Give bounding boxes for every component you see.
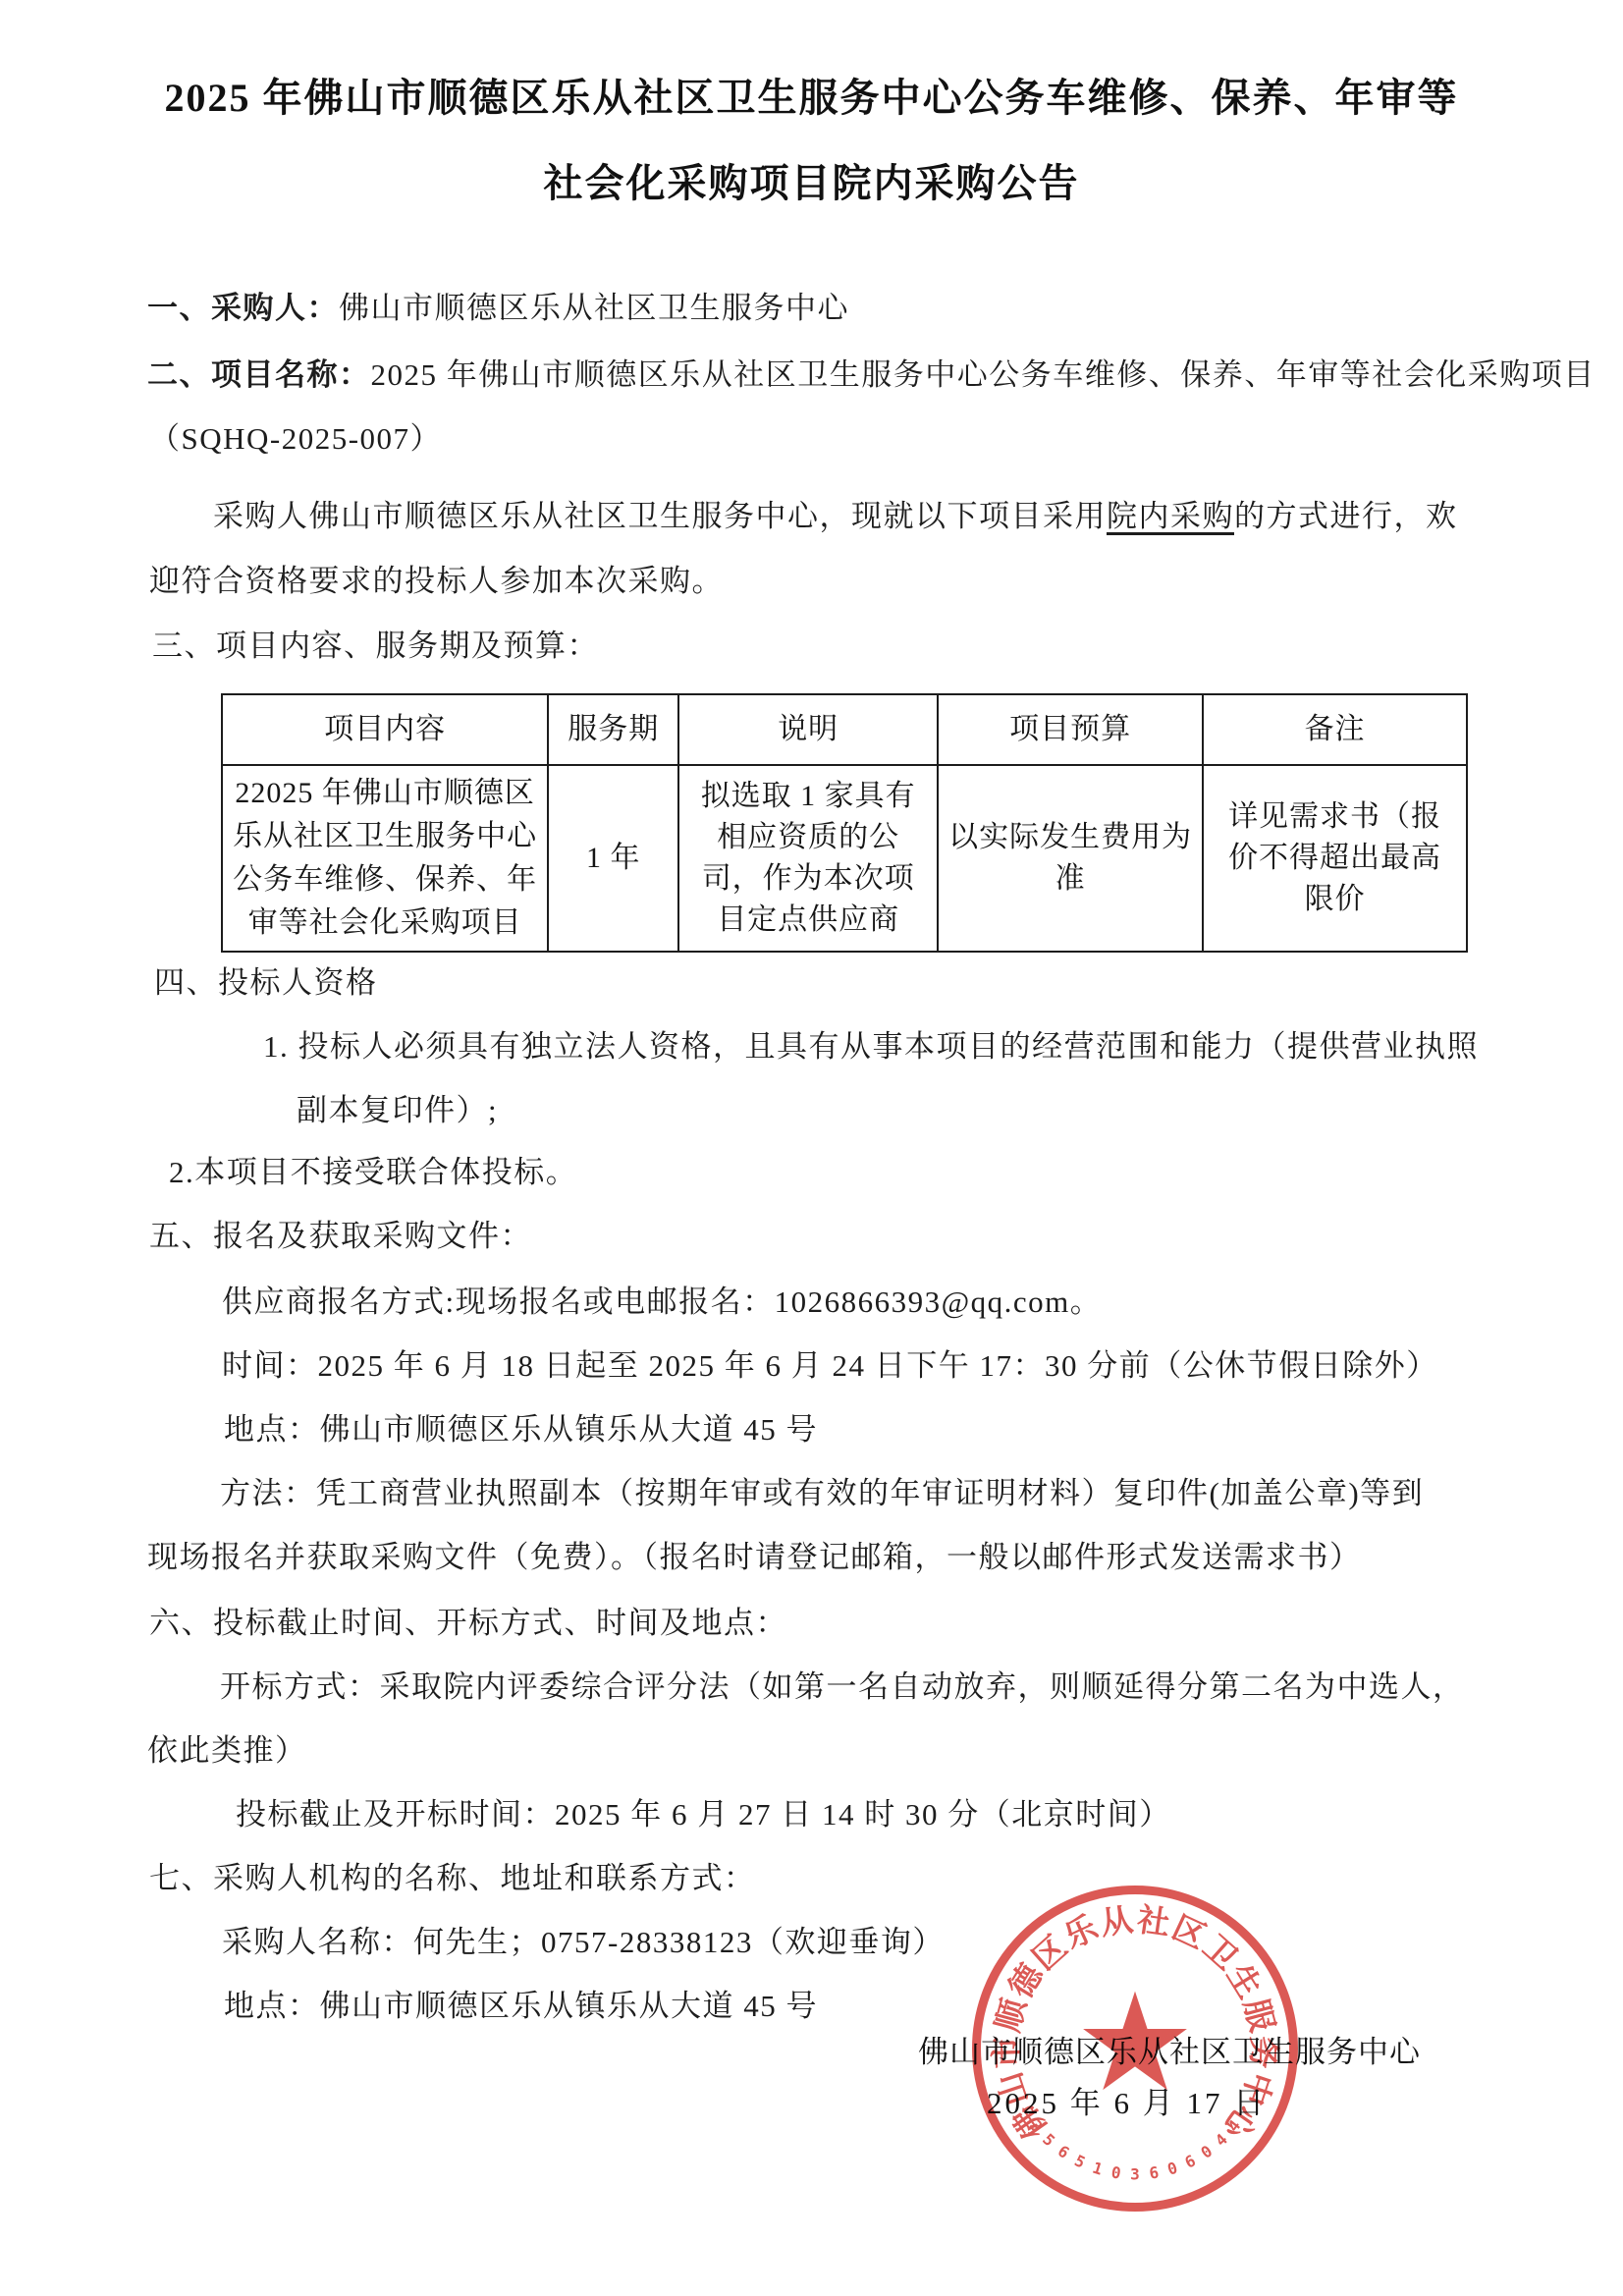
col-header-service-period: 服务期: [548, 694, 678, 765]
section-2-value: 2025 年佛山市顺德区乐从社区卫生服务中心公务车维修、保养、年审等社会化采购项…: [371, 357, 1596, 392]
intro-line-2: 迎符合资格要求的投标人参加本次采购。: [149, 556, 724, 600]
intro-line-1b: 的方式进行，欢: [1234, 499, 1458, 533]
title-line-1: 2025 年佛山市顺德区乐从社区卫生服务中心公务车维修、保养、年审等: [0, 67, 1623, 123]
section-6-line2: 依此类推）: [147, 1725, 307, 1770]
budget-table: 项目内容 服务期 说明 项目预算 备注 22025 年佛山市顺德区乐从社区卫生服…: [221, 693, 1468, 953]
section-2-label: 二、项目名称：: [147, 357, 371, 392]
col-header-description: 说明: [678, 694, 938, 765]
section-1-line: 一、采购人：佛山市顺德区乐从社区卫生服务中心: [147, 283, 849, 327]
table-row: 22025 年佛山市顺德区乐从社区卫生服务中心公务车维修、保养、年审等社会化采购…: [222, 765, 1467, 952]
section-6-line3: 投标截止及开标时间：2025 年 6 月 27 日 14 时 30 分（北京时间…: [236, 1789, 1171, 1833]
signature-date: 2025 年 6 月 17 日: [987, 2078, 1267, 2122]
col-header-remark: 备注: [1203, 694, 1467, 765]
intro-line-1: 采购人佛山市顺德区乐从社区卫生服务中心，现就以下项目采用院内采购的方式进行，欢: [213, 491, 1458, 535]
cell-project-content: 22025 年佛山市顺德区乐从社区卫生服务中心公务车维修、保养、年审等社会化采购…: [222, 765, 548, 952]
section-4-item1-line2: 副本复印件）;: [297, 1085, 498, 1129]
section-7-heading: 七、采购人机构的名称、地址和联系方式：: [149, 1853, 756, 1897]
intro-line-1a: 采购人佛山市顺德区乐从社区卫生服务中心，现就以下项目采用: [213, 499, 1107, 533]
title-line-2: 社会化采购项目院内采购公告: [0, 152, 1623, 208]
procurement-notice-page: 2025 年佛山市顺德区乐从社区卫生服务中心公务车维修、保养、年审等 社会化采购…: [0, 0, 1623, 2296]
section-2-line: 二、项目名称：2025 年佛山市顺德区乐从社区卫生服务中心公务车维修、保养、年审…: [147, 350, 1596, 394]
col-header-budget: 项目预算: [938, 694, 1203, 765]
table-header-row: 项目内容 服务期 说明 项目预算 备注: [222, 694, 1467, 765]
section-6-line1: 开标方式：采取院内评委综合评分法（如第一名自动放弃，则顺延得分第二名为中选人，: [220, 1662, 1465, 1706]
signature-org: 佛山市顺德区乐从社区卫生服务中心: [918, 2027, 1421, 2071]
section-1-label: 一、采购人：: [147, 291, 339, 325]
section-5-line4: 方法：凭工商营业执照副本（按期年审或有效的年审证明材料）复印件(加盖公章)等到: [220, 1468, 1424, 1512]
intro-underlined: 院内采购: [1107, 499, 1234, 533]
cell-budget: 以实际发生费用为准: [938, 765, 1203, 952]
section-4-heading: 四、投标人资格: [154, 957, 378, 1002]
col-header-project-content: 项目内容: [222, 694, 548, 765]
section-5-heading: 五、报名及获取采购文件：: [149, 1211, 532, 1255]
section-4-item1-line1: 1. 投标人必须具有独立法人资格，且具有从事本项目的经营范围和能力（提供营业执照: [263, 1021, 1479, 1066]
section-2-code: （SQHQ-2025-007）: [149, 413, 442, 458]
cell-service-period: 1 年: [548, 765, 678, 952]
cell-remark: 详见需求书（报价不得超出最高限价: [1203, 765, 1467, 952]
section-1-value: 佛山市顺德区乐从社区卫生服务中心: [339, 291, 849, 325]
section-6-heading: 六、投标截止时间、开标方式、时间及地点：: [149, 1598, 787, 1642]
section-7-line2: 地点：佛山市顺德区乐从镇乐从大道 45 号: [224, 1981, 818, 2025]
section-5-line3: 地点：佛山市顺德区乐从镇乐从大道 45 号: [224, 1404, 818, 1449]
section-5-line2: 时间：2025 年 6 月 18 日起至 2025 年 6 月 24 日下午 1…: [222, 1340, 1438, 1385]
section-4-item2: 2.本项目不接受联合体投标。: [169, 1147, 577, 1191]
section-5-line5: 现场报名并获取采购文件（免费）。（报名时请登记邮箱，一般以邮件形式发送需求书）: [147, 1532, 1362, 1576]
section-7-line1: 采购人名称：何先生；0757-28338123（欢迎垂询）: [222, 1917, 945, 1961]
section-5-line1: 供应商报名方式:现场报名或电邮报名：1026866393@qq.com。: [222, 1277, 1102, 1321]
cell-description: 拟选取 1 家具有相应资质的公司，作为本次项目定点供应商: [678, 765, 938, 952]
section-3-heading: 三、项目内容、服务期及预算：: [152, 621, 599, 665]
